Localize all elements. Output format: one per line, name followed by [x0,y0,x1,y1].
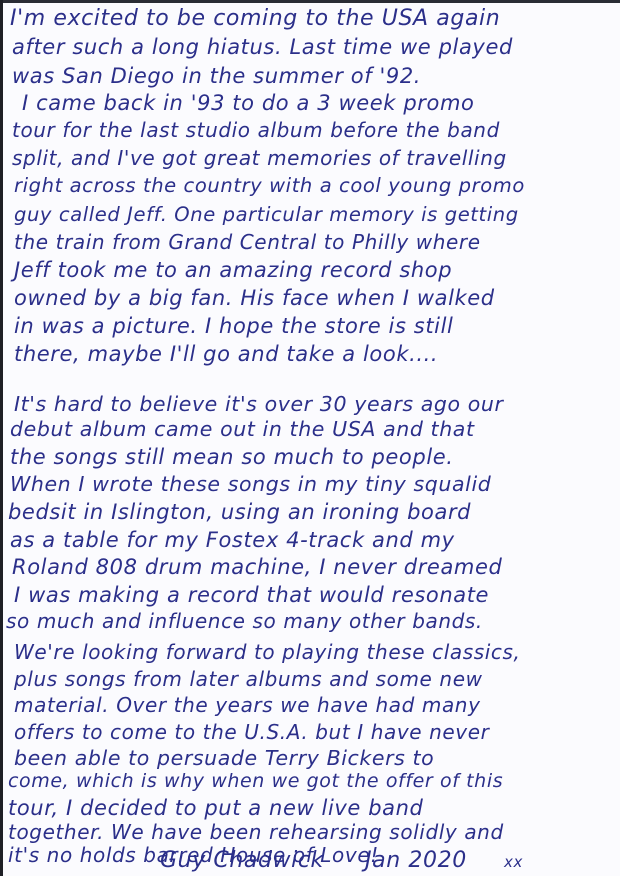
letter-line: after such a long hiatus. Last time we p… [12,35,513,59]
letter-line: the train from Grand Central to Philly w… [14,230,481,254]
letter-line: plus songs from later albums and some ne… [14,667,483,691]
letter-line: owned by a big fan. His face when I walk… [14,286,495,310]
letter-line: tour for the last studio album before th… [12,118,500,142]
signature: Guy Chadwick [160,848,324,873]
signature-date: Jan 2020 [365,848,467,873]
letter-line: so much and influence so many other band… [6,609,483,633]
letter-line: together. We have been rehearsing solidl… [8,820,504,844]
letter-line: was San Diego in the summer of '92. [12,64,421,88]
handwritten-letter: I'm excited to be coming to the USA agai… [0,0,620,876]
letter-line: When I wrote these songs in my tiny squa… [10,472,491,496]
letter-line: been able to persuade Terry Bickers to [14,746,434,770]
letter-line: It's hard to believe it's over 30 years … [14,392,504,416]
letter-line: the songs still mean so much to people. [10,445,454,469]
letter-line: offers to come to the U.S.A. but I have … [14,720,489,744]
letter-line: material. Over the years we have had man… [14,693,481,717]
letter-line: come, which is why when we got the offer… [8,770,503,792]
letter-line: I was making a record that would resonat… [14,583,489,607]
letter-line: in was a picture. I hope the store is st… [14,314,453,338]
signature-line: Guy Chadwick Jan 2020 xx [160,848,523,873]
letter-line: tour, I decided to put a new live band [8,796,423,820]
letter-line: We're looking forward to playing these c… [14,640,521,664]
letter-line: split, and I've got great memories of tr… [12,146,507,170]
letter-line: as a table for my Fostex 4-track and my [10,528,455,552]
letter-line: there, maybe I'll go and take a look.... [14,342,438,366]
letter-line: right across the country with a cool you… [14,174,525,197]
letter-line: Jeff took me to an amazing record shop [14,258,452,282]
letter-line: bedsit in Islington, using an ironing bo… [8,500,471,524]
letter-line: I'm excited to be coming to the USA agai… [10,6,500,31]
letter-line: I came back in '93 to do a 3 week promo [22,91,474,115]
signature-kisses: xx [504,853,523,871]
letter-line: Roland 808 drum machine, I never dreamed [12,555,502,579]
letter-line: guy called Jeff. One particular memory i… [14,203,519,226]
letter-line: debut album came out in the USA and that [10,417,475,441]
